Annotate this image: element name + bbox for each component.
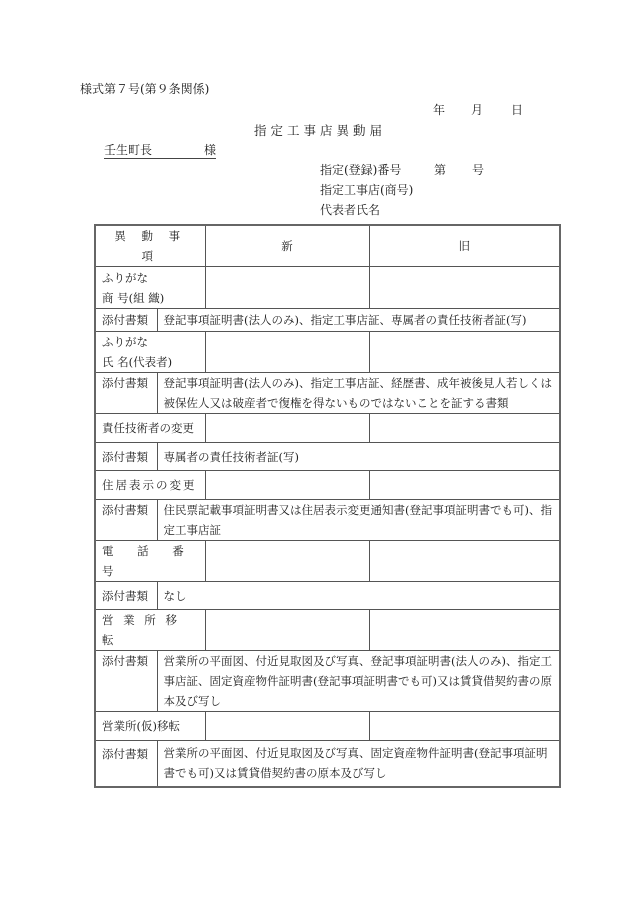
attachments-label: 添付書類 <box>95 500 157 541</box>
temp-office-relocation-label: 営業所(仮)移転 <box>95 712 205 741</box>
chief-engineer-label: 責任技術者の変更 <box>95 414 205 443</box>
attachments-label: 添付書類 <box>95 373 157 414</box>
phone-label: 電 話 番 号 <box>95 541 205 582</box>
trade-name-label: 商 号(組 織) <box>102 288 199 308</box>
attachments-text: 登記事項証明書(法人のみ)、指定工事店証、専属者の責任技術者証(写) <box>157 309 560 332</box>
attachments-text: 登記事項証明書(法人のみ)、指定工事店証、経歴書、成年被後見人若しくは被保佐人又… <box>157 373 560 414</box>
table-row-address-display: 住居表示の変更 <box>95 471 560 500</box>
furigana-label: ふりがな <box>102 332 199 352</box>
document-title: 指定工事店異動届 <box>254 121 386 139</box>
attachments-text: 営業所の平面図、付近見取図及び写真、固定資産物件証明書(登記事項証明書でも可)又… <box>157 741 560 787</box>
header-old: 旧 <box>369 225 560 267</box>
table-row-trade-name: ふりがな 商 号(組 織) <box>95 267 560 309</box>
shop-name-label: 指定工事店(商号) <box>320 181 413 198</box>
attachments-text: 営業所の平面図、付近見取図及び写真、登記事項証明書(法人のみ)、指定工事店証、固… <box>157 651 560 712</box>
representative-name-label: 氏 名(代表者) <box>102 352 199 372</box>
form-number: 様式第７号(第９条関係) <box>80 80 209 97</box>
office-relocation-new-cell[interactable] <box>205 610 369 651</box>
table-row-attachments: 添付書類 住民票記載事項証明書又は住居表示変更通知書(登記事項証明書でも可)、指… <box>95 500 560 541</box>
attachments-label: 添付書類 <box>95 741 157 787</box>
table-row-temp-office-relocation: 営業所(仮)移転 <box>95 712 560 741</box>
attachments-label: 添付書類 <box>95 443 157 471</box>
table-row-chief-engineer: 責任技術者の変更 <box>95 414 560 443</box>
attachments-label: 添付書類 <box>95 309 157 332</box>
trade-name-new-cell[interactable] <box>205 267 369 309</box>
table-row-office-relocation: 営 業 所 移 転 <box>95 610 560 651</box>
attachments-text: なし <box>157 582 560 610</box>
table-header-row: 異 動 事 項 新 旧 <box>95 225 560 267</box>
table-row-attachments: 添付書類 営業所の平面図、付近見取図及び写真、登記事項証明書(法人のみ)、指定工… <box>95 651 560 712</box>
registration-prefix: 第 <box>434 161 446 178</box>
temp-office-relocation-old-cell[interactable] <box>369 712 560 741</box>
table-row-phone: 電 話 番 号 <box>95 541 560 582</box>
date-year-label: 年 <box>433 101 445 118</box>
registration-suffix: 号 <box>472 161 484 178</box>
representative-old-cell[interactable] <box>369 332 560 373</box>
table-row-representative: ふりがな 氏 名(代表者) <box>95 332 560 373</box>
attachments-label: 添付書類 <box>95 651 157 712</box>
header-new: 新 <box>205 225 369 267</box>
attachments-text: 専属者の責任技術者証(写) <box>157 443 560 471</box>
addressee: 壬生町長 様 <box>104 141 216 159</box>
date-day-label: 日 <box>511 101 523 118</box>
address-display-label: 住居表示の変更 <box>95 471 205 500</box>
table-row-attachments: 添付書類 営業所の平面図、付近見取図及び写真、固定資産物件証明書(登記事項証明書… <box>95 741 560 787</box>
representative-new-cell[interactable] <box>205 332 369 373</box>
representative-label: 代表者氏名 <box>320 201 380 218</box>
date-month-label: 月 <box>471 101 483 118</box>
addressee-name: 壬生町長 <box>104 143 152 157</box>
address-display-new-cell[interactable] <box>205 471 369 500</box>
addressee-honorific: 様 <box>204 141 216 158</box>
temp-office-relocation-new-cell[interactable] <box>205 712 369 741</box>
office-relocation-old-cell[interactable] <box>369 610 560 651</box>
table-row-attachments: 添付書類 なし <box>95 582 560 610</box>
change-items-table: 異 動 事 項 新 旧 ふりがな 商 号(組 織) 添付書類 登記事項証明書(法… <box>94 224 561 788</box>
table-row-attachments: 添付書類 専属者の責任技術者証(写) <box>95 443 560 471</box>
attachments-label: 添付書類 <box>95 582 157 610</box>
phone-old-cell[interactable] <box>369 541 560 582</box>
chief-engineer-old-cell[interactable] <box>369 414 560 443</box>
phone-new-cell[interactable] <box>205 541 369 582</box>
registration-number-label: 指定(登録)番号 <box>320 161 401 178</box>
row-label: ふりがな 氏 名(代表者) <box>95 332 205 373</box>
table-row-attachments: 添付書類 登記事項証明書(法人のみ)、指定工事店証、経歴書、成年被後見人若しくは… <box>95 373 560 414</box>
attachments-text: 住民票記載事項証明書又は住居表示変更通知書(登記事項証明書でも可)、指定工事店証 <box>157 500 560 541</box>
row-label: ふりがな 商 号(組 織) <box>95 267 205 309</box>
office-relocation-label: 営 業 所 移 転 <box>95 610 205 651</box>
address-display-old-cell[interactable] <box>369 471 560 500</box>
chief-engineer-new-cell[interactable] <box>205 414 369 443</box>
header-item: 異 動 事 項 <box>95 225 205 267</box>
trade-name-old-cell[interactable] <box>369 267 560 309</box>
table-row-attachments: 添付書類 登記事項証明書(法人のみ)、指定工事店証、専属者の責任技術者証(写) <box>95 309 560 332</box>
furigana-label: ふりがな <box>102 268 199 288</box>
